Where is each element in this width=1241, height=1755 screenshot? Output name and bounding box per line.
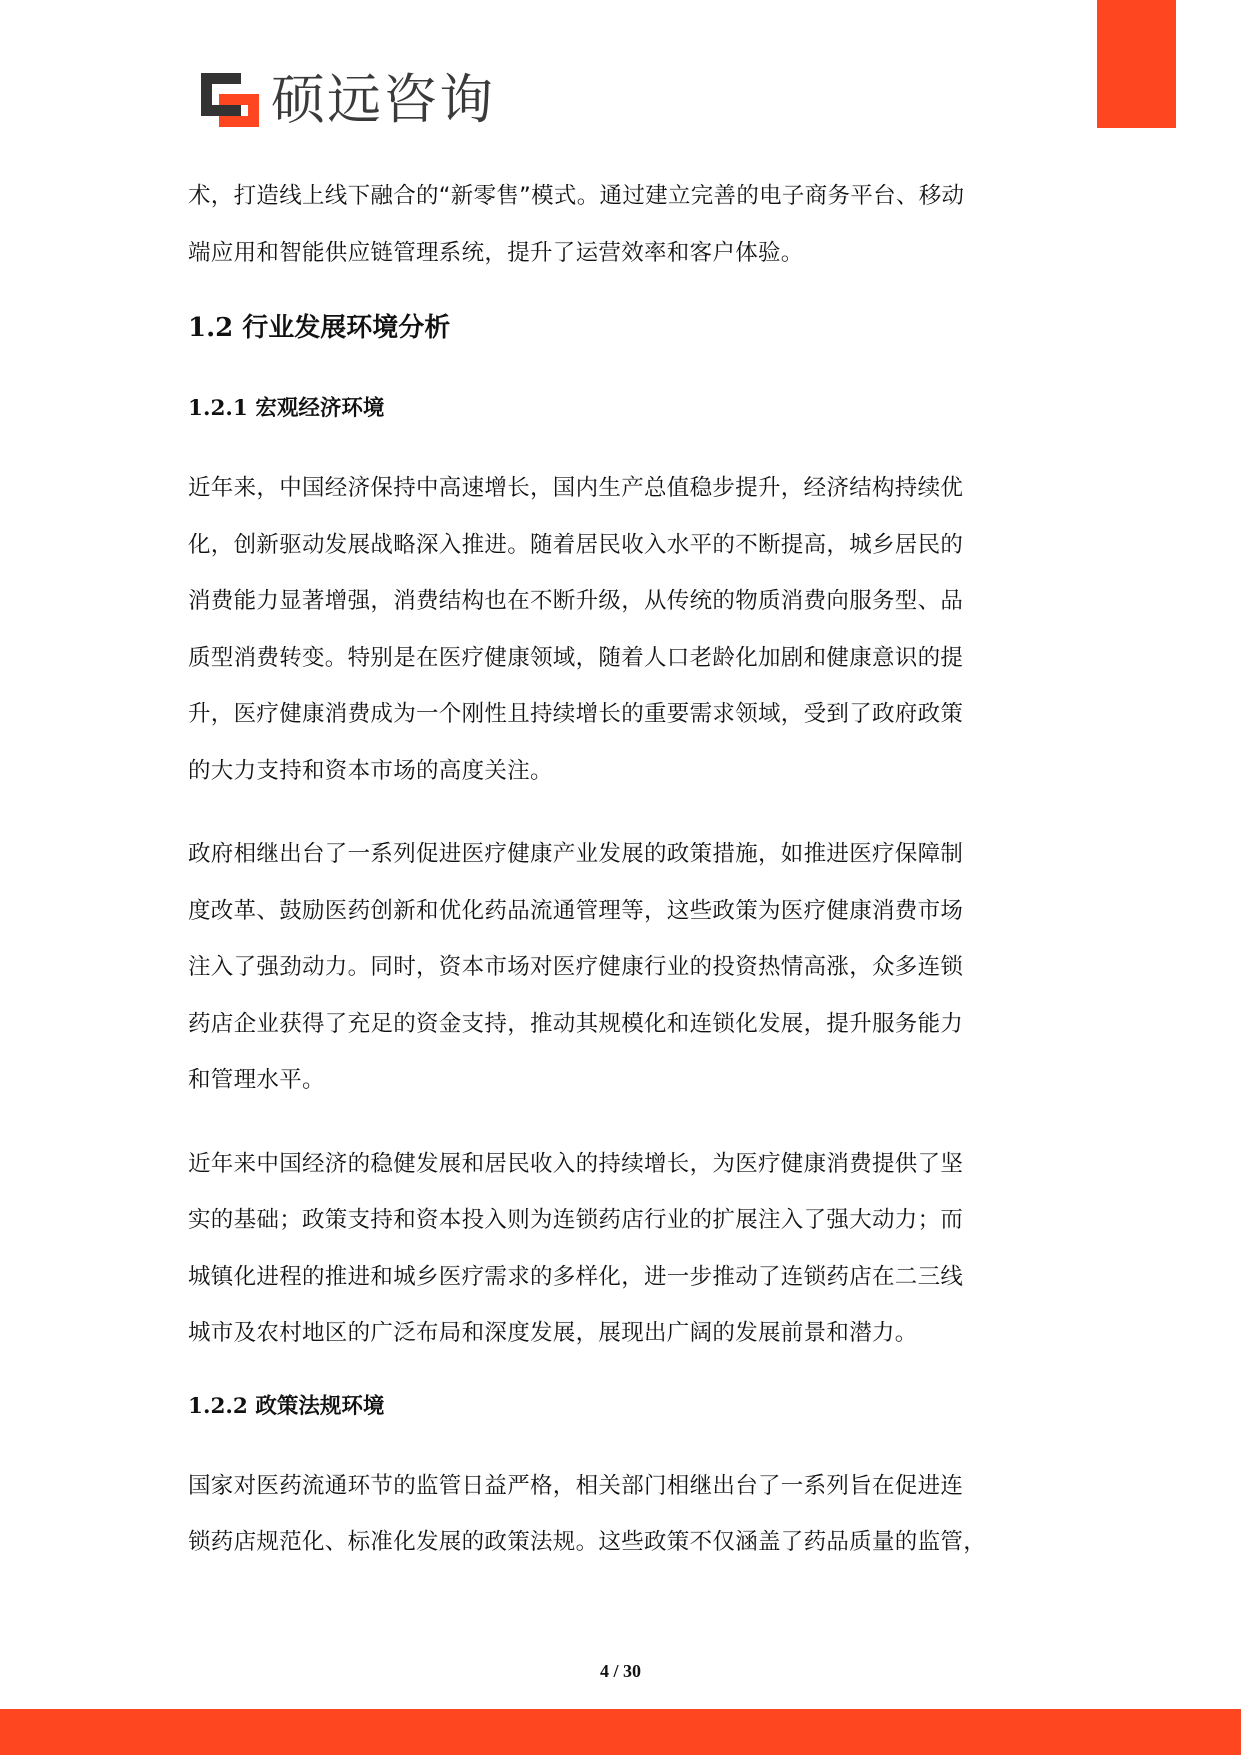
paragraph: 国家对医药流通环节的监管日益严格，相关部门相继出台了一系列旨在促进连 锁药店规范… (188, 1458, 1058, 1571)
brand-name: 硕远咨询 (271, 70, 495, 130)
paragraph-line: 度改革、鼓励医药创新和优化药品流通管理等，这些政策为医疗健康消费市场 (188, 883, 1058, 940)
brand-logo: 硕远咨询 (201, 70, 495, 130)
continued-paragraph: 术，打造线上线下融合的“新零售”模式。通过建立完善的电子商务平台、移动 端应用和… (188, 168, 1058, 281)
page-number: 4 / 30 (0, 1661, 1241, 1682)
paragraph-line: 锁药店规范化、标准化发展的政策法规。这些政策不仅涵盖了药品质量的监管， (188, 1514, 1058, 1571)
paragraph-line: 消费能力显著增强，消费结构也在不断升级，从传统的物质消费向服务型、品 (188, 573, 1058, 630)
paragraph-line: 术，打造线上线下融合的“新零售”模式。通过建立完善的电子商务平台、移动 (188, 168, 1058, 225)
paragraph-line: 质型消费转变。特别是在医疗健康领域，随着人口老龄化加剧和健康意识的提 (188, 630, 1058, 687)
footer-accent-bar (0, 1709, 1241, 1755)
paragraph-line: 药店企业获得了充足的资金支持，推动其规模化和连锁化发展，提升服务能力 (188, 996, 1058, 1053)
paragraph-line: 和管理水平。 (188, 1052, 1058, 1109)
paragraph: 政府相继出台了一系列促进医疗健康产业发展的政策措施，如推进医疗保障制 度改革、鼓… (188, 826, 1058, 1109)
paragraph-line: 城市及农村地区的广泛布局和深度发展，展现出广阔的发展前景和潜力。 (188, 1305, 1058, 1362)
subsection-heading-policy: 1.2.2 政策法规环境 (188, 1390, 1058, 1424)
paragraph-line: 实的基础；政策支持和资本投入则为连锁药店行业的扩展注入了强大动力；而 (188, 1192, 1058, 1249)
paragraph-line: 近年来，中国经济保持中高速增长，国内生产总值稳步提升，经济结构持续优 (188, 460, 1058, 517)
paragraph-line: 国家对医药流通环节的监管日益严格，相关部门相继出台了一系列旨在促进连 (188, 1458, 1058, 1515)
paragraph-line: 化，创新驱动发展战略深入推进。随着居民收入水平的不断提高，城乡居民的 (188, 517, 1058, 574)
corner-accent-tab (1097, 0, 1176, 128)
section-heading: 1.2 行业发展环境分析 (188, 308, 1058, 348)
paragraph: 近年来，中国经济保持中高速增长，国内生产总值稳步提升，经济结构持续优 化，创新驱… (188, 460, 1058, 799)
paragraph-line: 城镇化进程的推进和城乡医疗需求的多样化，进一步推动了连锁药店在二三线 (188, 1249, 1058, 1306)
paragraph-line: 政府相继出台了一系列促进医疗健康产业发展的政策措施，如推进医疗保障制 (188, 826, 1058, 883)
paragraph-line: 注入了强劲动力。同时，资本市场对医疗健康行业的投资热情高涨，众多连锁 (188, 939, 1058, 996)
logo-mark-icon (201, 73, 259, 127)
paragraph-line: 端应用和智能供应链管理系统，提升了运营效率和客户体验。 (188, 225, 1058, 282)
paragraph-line: 的大力支持和资本市场的高度关注。 (188, 743, 1058, 800)
subsection-heading-macro-economy: 1.2.1 宏观经济环境 (188, 392, 1058, 426)
paragraph: 近年来中国经济的稳健发展和居民收入的持续增长，为医疗健康消费提供了坚 实的基础；… (188, 1136, 1058, 1362)
paragraph-line: 升，医疗健康消费成为一个刚性且持续增长的重要需求领域，受到了政府政策 (188, 686, 1058, 743)
paragraph-line: 近年来中国经济的稳健发展和居民收入的持续增长，为医疗健康消费提供了坚 (188, 1136, 1058, 1193)
page-content: 术，打造线上线下融合的“新零售”模式。通过建立完善的电子商务平台、移动 端应用和… (188, 168, 1058, 1571)
